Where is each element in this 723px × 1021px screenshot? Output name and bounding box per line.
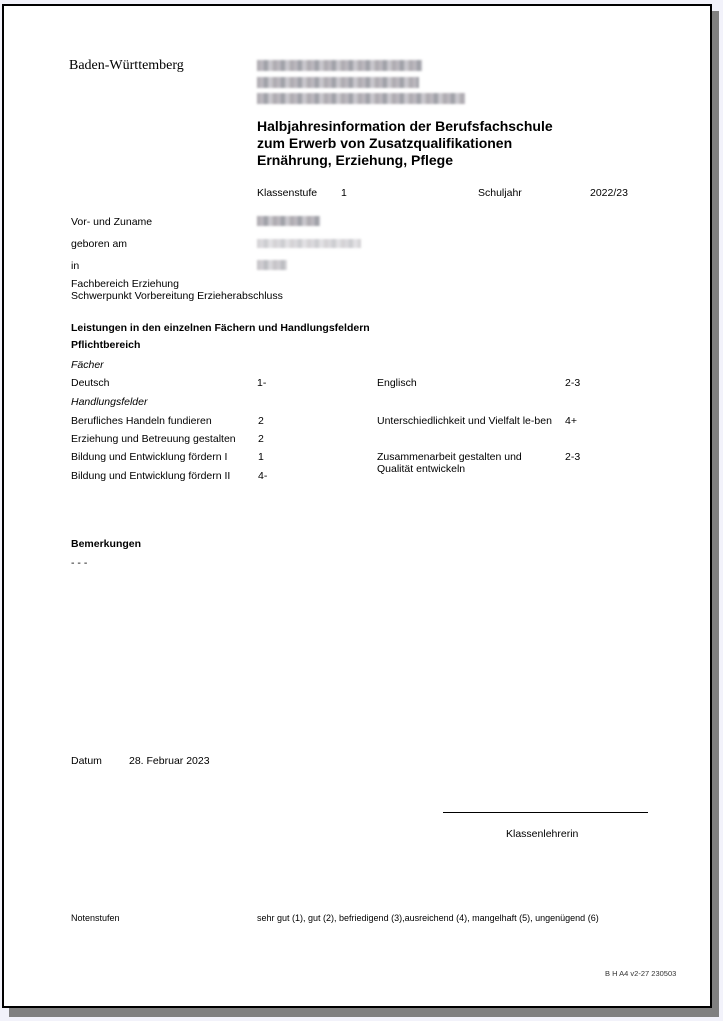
field-grade: 4- [258, 470, 267, 482]
school-year-label: Schuljahr [478, 187, 522, 199]
field-name: Unterschiedlichkeit und Vielfalt le-ben [377, 415, 555, 427]
subject-name: Deutsch [71, 377, 110, 389]
signature-label: Klassenlehrerin [506, 828, 578, 840]
title-line: Halbjahresinformation der Berufsfachschu… [257, 118, 553, 135]
field-grade: 2-3 [565, 451, 580, 463]
field-name: Bildung und Entwicklung fördern I [71, 451, 227, 463]
date-label: Datum [71, 755, 102, 767]
field-grade: 2 [258, 415, 264, 427]
field-name: Bildung und Entwicklung fördern II [71, 470, 230, 482]
subject-name: Englisch [377, 377, 417, 389]
school-name-redacted-line-2 [257, 77, 419, 88]
field-grade: 2 [258, 433, 264, 445]
performance-heading: Leistungen in den einzelnen Fächern und … [71, 322, 370, 334]
field-name: Zusammenarbeit gestalten und Qualität en… [377, 451, 547, 475]
student-name-redacted [257, 216, 320, 226]
field-name: Erziehung und Betreuung gestalten [71, 433, 236, 445]
birth-place-label: in [71, 260, 79, 272]
form-code: B H A4 v2-27 230503 [605, 969, 676, 978]
date-value: 28. Februar 2023 [129, 755, 210, 767]
title-line: zum Erwerb von Zusatzqualifikationen [257, 135, 553, 152]
name-label: Vor- und Zuname [71, 216, 152, 228]
class-level-label: Klassenstufe [257, 187, 317, 199]
birth-date-redacted [257, 239, 361, 248]
department-line: Fachbereich Erziehung [71, 278, 179, 290]
school-name-redacted-line-3 [257, 93, 465, 104]
field-grade: 1 [258, 451, 264, 463]
document-title: Halbjahresinformation der Berufsfachschu… [257, 118, 553, 169]
focus-line: Schwerpunkt Vorbereitung Erzieherabschlu… [71, 290, 283, 302]
birth-date-label: geboren am [71, 238, 127, 250]
grade-scale-label: Notenstufen [71, 913, 120, 923]
fields-heading: Handlungsfelder [71, 396, 147, 408]
subject-grade: 2-3 [565, 377, 580, 389]
field-name: Berufliches Handeln fundieren [71, 415, 212, 427]
remarks-text: - - - [71, 557, 87, 569]
mandatory-heading: Pflichtbereich [71, 339, 140, 351]
subjects-heading: Fächer [71, 359, 104, 371]
remarks-heading: Bemerkungen [71, 538, 141, 550]
field-grade: 4+ [565, 415, 577, 427]
class-level-value: 1 [341, 187, 347, 199]
title-line: Ernährung, Erziehung, Pflege [257, 152, 553, 169]
state-name: Baden-Württemberg [69, 58, 184, 74]
school-year-value: 2022/23 [590, 187, 628, 199]
grade-scale-text: sehr gut (1), gut (2), befriedigend (3),… [257, 913, 599, 923]
signature-line [443, 812, 648, 813]
birth-place-redacted [257, 260, 287, 270]
subject-grade: 1- [257, 377, 266, 389]
school-name-redacted-line-1 [257, 60, 422, 71]
